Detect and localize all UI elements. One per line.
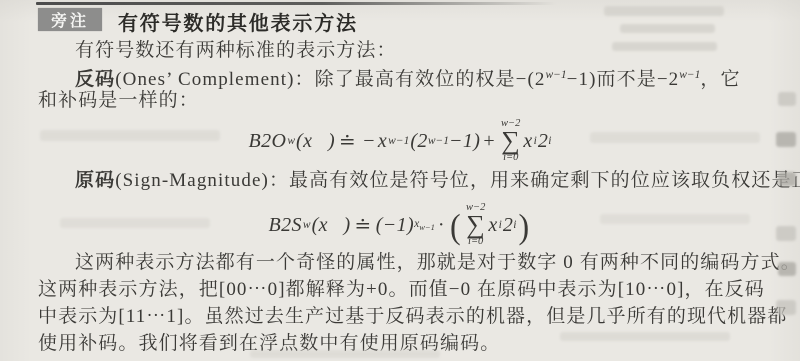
bleedthrough-artifact [776,132,796,147]
plus-sign: + [483,130,495,153]
ones-exponent-2: w−1 [679,69,700,81]
sigma-icon: ∑ [501,130,520,152]
bleedthrough-artifact [778,92,796,106]
bleedthrough-artifact [250,350,440,358]
sign-text: (Sign-Magnitude)：最高有效位是符号位，用来确定剩下的位应该取负权… [115,170,800,191]
formula-var-sub: w−1 [388,135,409,147]
paragraph-line-3: 中表示为[11⋯1]。虽然过去生产过基于反码表示的机器，但是几乎所有的现代机器都 [38,306,787,328]
paragraph-line-1: 这两种表示方法都有一个奇怪的属性，那就是对于数字 0 有两种不同的编码方式。 [75,252,800,274]
book-aside-page: 旁注 有符号数的其他表示方法 有符号数还有两种标准的表示方法： 反码(Ones’… [0,0,800,361]
ones-text-1: (Ones’ Complement)：除了最高有效位的权是−(2 [115,69,545,90]
doteq-symbol: ≐ [339,129,356,154]
bleedthrough-artifact [600,214,750,224]
ones-text-2: −1)而不是−2 [567,69,680,90]
ones-continuation-line: 和补码是一样的： [38,90,199,112]
sum-lower-limit: i=0 [468,236,483,248]
formula-term-var-sub: i [534,135,537,147]
summation-block: w−2 ∑ i=0 [501,118,520,163]
formula-exp-var-sub: w−1 [419,222,435,232]
bleedthrough-artifact [778,262,796,276]
minus-sign: − [363,130,375,153]
formula-factor-open: (2 [410,130,427,153]
formula-term-base: 2 [503,214,513,237]
aside-label-badge: 旁注 [38,8,102,31]
formula-fn-sub: w [287,135,295,147]
sigma-icon: ∑ [466,214,485,236]
bleedthrough-artifact [612,42,717,51]
formula-exp: xw−1 [414,218,435,232]
ones-complement-line: 反码(Ones’ Complement)：除了最高有效位的权是−(2w−1−1)… [75,64,741,91]
paragraph-line-2: 这两种表示方法，把[00⋯0]都解释为+0。而值−0 在原码中表示为[10⋯0]… [38,279,765,301]
bleedthrough-artifact [620,24,715,33]
doteq-symbol: ≐ [355,213,372,238]
sign-magnitude-line: 原码(Sign-Magnitude)：最高有效位是符号位，用来确定剩下的位应该取… [75,170,800,192]
sum-lower-limit: i=0 [503,152,518,164]
bleedthrough-artifact [40,130,220,141]
bleedthrough-artifact [560,332,730,341]
ones-exponent-1: w−1 [545,69,566,81]
formula-term-var-sub: i [499,219,502,231]
aside-top-rule [36,2,556,5]
formula-factor-exp: w−1 [428,135,449,147]
formula-fn-sub: w [303,219,311,231]
intro-line: 有符号数还有两种标准的表示方法： [75,40,397,62]
formula-term-exp: i [548,135,551,147]
formula-fn: B2O [249,130,287,153]
formula-arg: (x⃗) [312,214,351,237]
cdot-symbol: · [438,214,445,237]
formula-factor-close: −1) [449,130,480,153]
summation-block: w−2 ∑ i=0 [466,202,485,247]
sign-term: 原码 [75,170,115,191]
bleedthrough-artifact [778,172,796,186]
formula-base: (−1) [376,214,414,237]
bleedthrough-artifact [590,132,760,143]
formula-arg: (x⃗) [296,130,335,153]
formula-var: x [378,130,387,153]
formula-term-base: 2 [538,130,548,153]
ones-text-3: ，它 [700,69,740,90]
bleedthrough-artifact [776,300,796,315]
bleedthrough-artifact [60,218,210,228]
formula-term-exp: i [513,219,516,231]
formula-fn: B2S [268,214,301,237]
aside-title: 有符号数的其他表示方法 [118,7,358,36]
bleedthrough-artifact [776,226,796,241]
formula-term-var: x [488,214,497,237]
bleedthrough-artifact [604,6,724,16]
formula-term-var: x [523,130,532,153]
ones-term: 反码 [75,69,115,90]
